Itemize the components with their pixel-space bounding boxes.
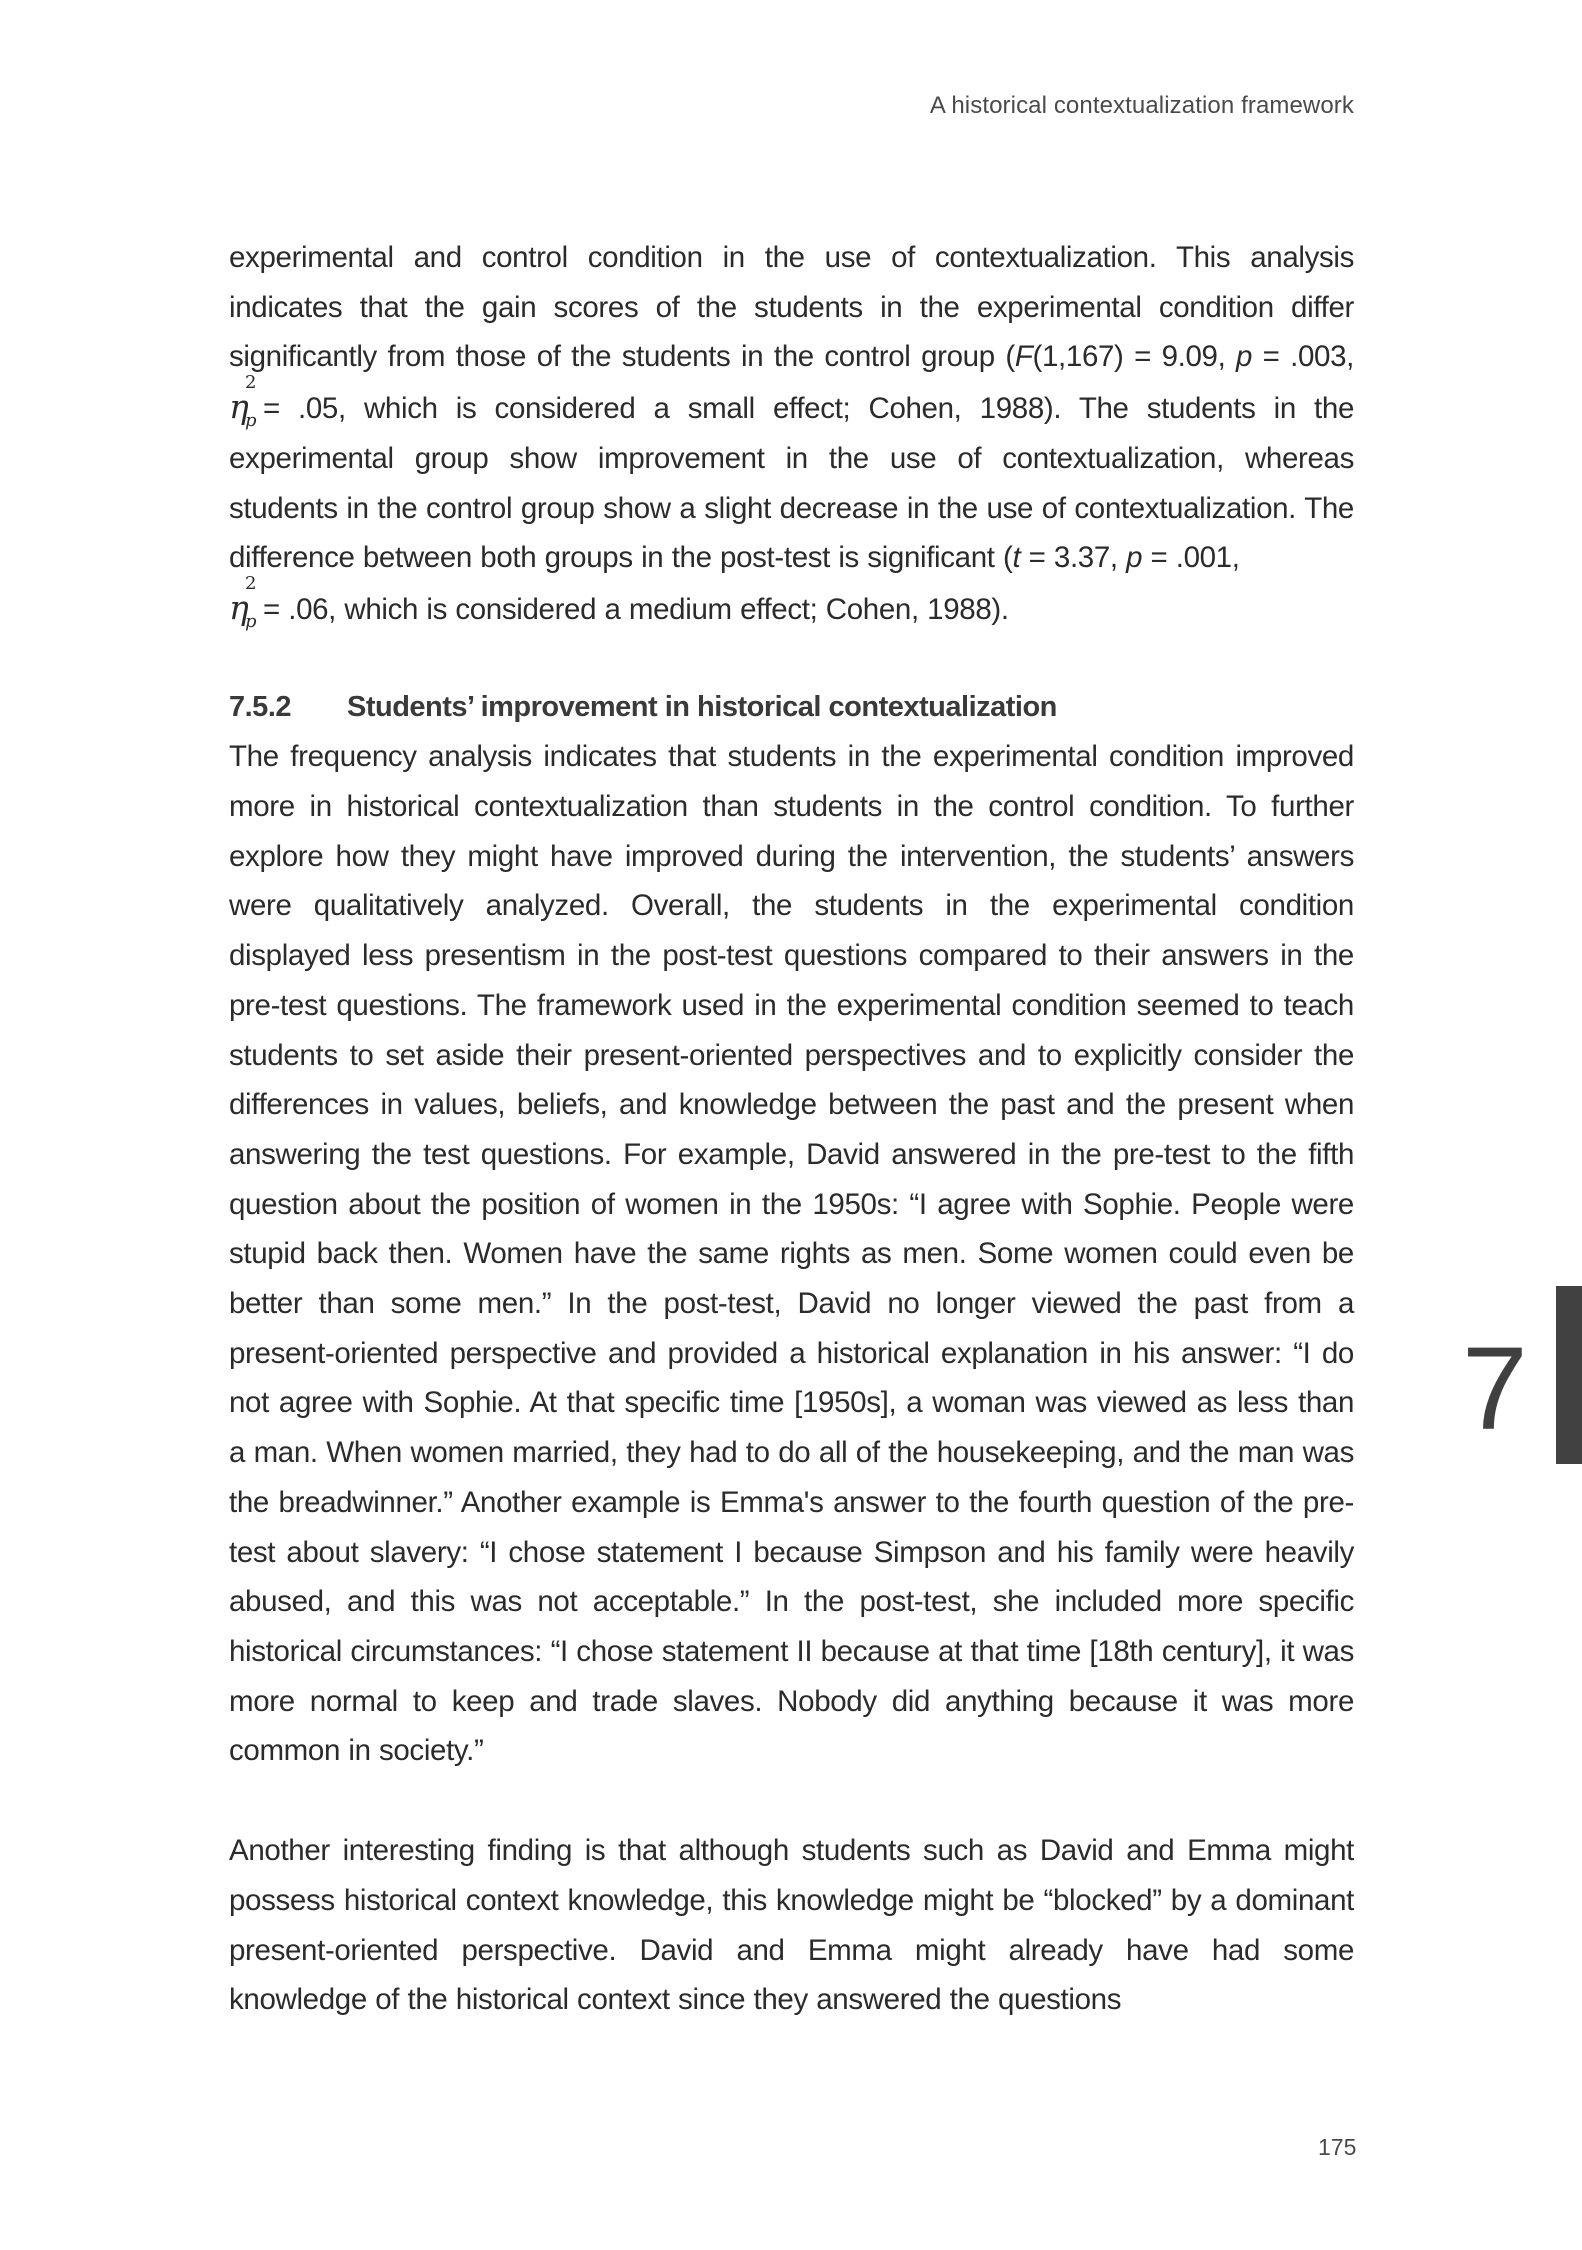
section-title: Students’ improvement in historical cont… (347, 691, 1057, 723)
p-value-symbol: p (1236, 340, 1252, 373)
page-number: 175 (1318, 2134, 1356, 2161)
eta-subscript: p (245, 597, 256, 647)
text-run: (1,167) = 9.09, (1033, 340, 1237, 373)
eta-squared-symbol: η2p (229, 583, 263, 633)
text-run: = .001, (1142, 541, 1239, 574)
text-run: = 3.37, (1020, 541, 1126, 574)
paragraph-improvement: The frequency analysis indicates that st… (229, 732, 1354, 1776)
section-heading: 7.5.2Students’ improvement in historical… (229, 683, 1354, 733)
section-number: 7.5.2 (229, 683, 347, 733)
page-body: experimental and control condition in th… (229, 233, 1354, 2025)
chapter-tab-marker (1556, 1286, 1582, 1464)
p-value-symbol: p (1126, 541, 1142, 574)
paragraph-blocked-knowledge: Another interesting finding is that alth… (229, 1826, 1354, 2025)
running-header: A historical contextualization framework (930, 92, 1354, 120)
paragraph-statistics: experimental and control condition in th… (229, 233, 1354, 635)
eta-squared-symbol: η2p (229, 382, 263, 432)
f-statistic-symbol: F (1015, 340, 1033, 373)
eta-subscript: p (245, 396, 256, 446)
text-run: = .06, which is considered a medium effe… (263, 593, 1009, 626)
text-run: = .003, (1252, 340, 1354, 373)
chapter-number: 7 (1462, 1330, 1528, 1448)
